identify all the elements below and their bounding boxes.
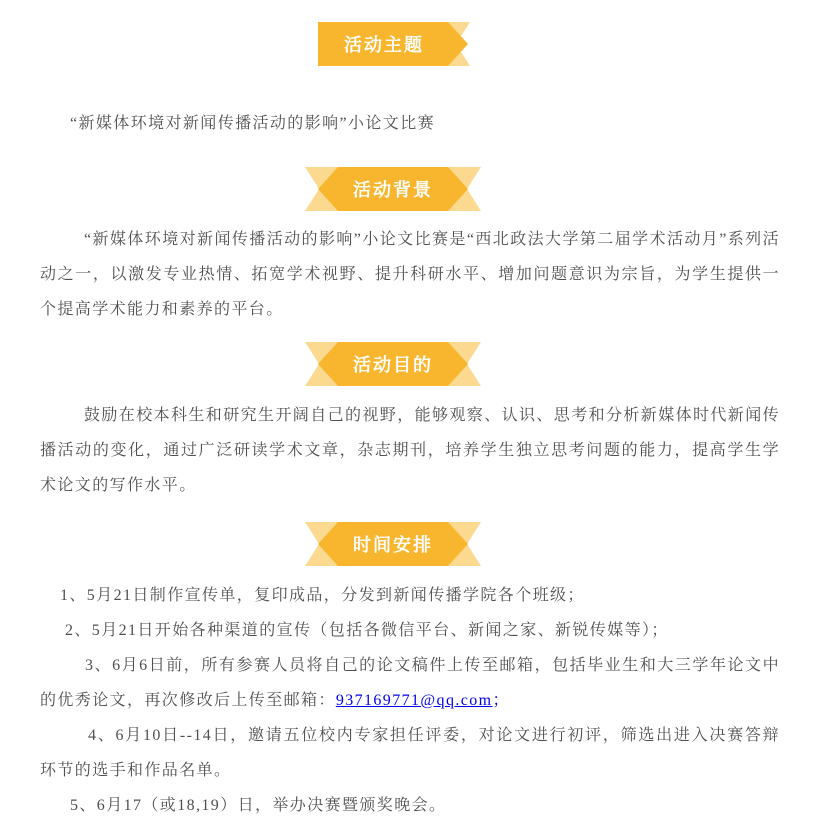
section-title-schedule: 时间安排: [353, 531, 433, 557]
schedule-list: 1、5月21日制作宣传单，复印成品，分发到新闻传播学院各个班级； 2、5月21日…: [40, 578, 780, 823]
ribbon-schedule: 时间安排: [318, 522, 468, 566]
schedule-item-text: 5、6月17（或18,19）日，举办决赛暨颁奖晚会。: [70, 797, 446, 814]
ribbon-banner: 活动目的: [318, 342, 468, 386]
schedule-item: 1、5月21日制作宣传单，复印成品，分发到新闻传播学院各个班级；: [40, 578, 780, 613]
schedule-item: 3、6月6日前，所有参赛人员将自己的论文稿件上传至邮箱，包括毕业生和大三学年论文…: [40, 648, 780, 718]
section-title-background: 活动背景: [353, 176, 433, 202]
ribbon-purpose: 活动目的: [318, 342, 468, 386]
schedule-item: 5、6月17（或18,19）日，举办决赛暨颁奖晚会。: [40, 788, 780, 823]
ribbon-banner: 时间安排: [318, 522, 468, 566]
section-title-purpose: 活动目的: [353, 351, 433, 377]
schedule-item-text: ；: [493, 692, 510, 709]
ribbon-banner: 活动背景: [318, 167, 468, 211]
purpose-paragraph: 鼓励在校本科生和研究生开阔自己的视野，能够观察、认识、思考和分析新媒体时代新闻传…: [40, 398, 780, 503]
section-ribbon-background: 活动背景: [40, 167, 780, 211]
background-paragraph: “新媒体环境对新闻传播活动的影响”小论文比赛是“西北政法大学第二届学术活动月”系…: [40, 222, 780, 327]
schedule-item-text: 1、5月21日制作宣传单，复印成品，分发到新闻传播学院各个班级；: [60, 587, 585, 604]
schedule-item: 2、5月21日开始各种渠道的宣传（包括各微信平台、新闻之家、新锐传媒等）；: [40, 613, 780, 648]
contest-title: “新媒体环境对新闻传播活动的影响”小论文比赛: [40, 106, 780, 141]
ribbon-theme: 活动主题: [318, 22, 468, 66]
section-ribbon-schedule: 时间安排: [40, 522, 780, 566]
section-title-theme: 活动主题: [344, 31, 424, 57]
ribbon-banner: 活动主题: [318, 22, 468, 66]
schedule-item: 4、6月10日--14日，邀请五位校内专家担任评委，对论文进行初评，筛选出进入决…: [40, 718, 780, 788]
email-link[interactable]: 937169771@qq.com: [336, 692, 493, 709]
schedule-item-text: 4、6月10日--14日，邀请五位校内专家担任评委，对论文进行初评，筛选出进入决…: [40, 727, 780, 779]
section-ribbon-purpose: 活动目的: [40, 342, 780, 386]
schedule-item-text: 2、5月21日开始各种渠道的宣传（包括各微信平台、新闻之家、新锐传媒等）；: [65, 622, 669, 639]
document-page: 活动主题 “新媒体环境对新闻传播活动的影响”小论文比赛 活动背景 “新媒体环境对…: [0, 0, 820, 833]
section-ribbon-theme: 活动主题: [40, 22, 780, 66]
ribbon-background: 活动背景: [318, 167, 468, 211]
